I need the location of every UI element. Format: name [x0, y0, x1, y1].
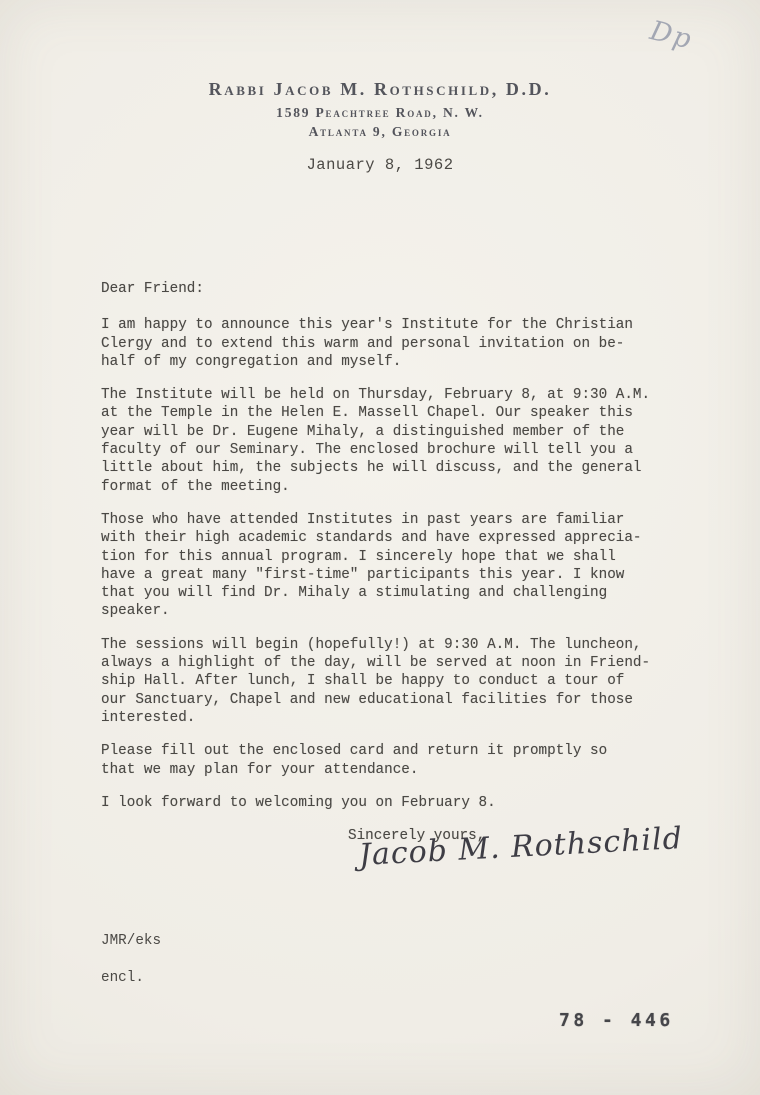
letterhead: Rabbi Jacob M. Rothschild, D.D. 1589 Pea…	[0, 79, 760, 140]
typist-initials: JMR/eks	[101, 933, 161, 949]
salutation: Dear Friend:	[101, 280, 677, 298]
paragraph-2: The Institute will be held on Thursday, …	[101, 386, 677, 496]
handwritten-signature: Jacob M. Rothschild	[359, 831, 678, 866]
enclosure-note: encl.	[101, 970, 144, 986]
letter-page: Dp Rabbi Jacob M. Rothschild, D.D. 1589 …	[0, 0, 760, 1095]
pencil-annotation: Dp	[647, 15, 696, 55]
paragraph-6: I look forward to welcoming you on Febru…	[101, 794, 677, 812]
paragraph-5: Please fill out the enclosed card and re…	[101, 742, 677, 779]
letter-body: Dear Friend: I am happy to announce this…	[101, 280, 677, 866]
letterhead-city: Atlanta 9, Georgia	[0, 124, 760, 140]
paragraph-4: The sessions will begin (hopefully!) at …	[101, 636, 677, 727]
paragraph-3: Those who have attended Institutes in pa…	[101, 511, 677, 621]
letterhead-name: Rabbi Jacob M. Rothschild, D.D.	[0, 79, 760, 100]
paragraph-1: I am happy to announce this year's Insti…	[101, 316, 677, 371]
letter-date: January 8, 1962	[0, 156, 760, 174]
archive-number-stamp: 78 - 446	[559, 1010, 674, 1031]
letterhead-address: 1589 Peachtree Road, N. W.	[0, 105, 760, 121]
